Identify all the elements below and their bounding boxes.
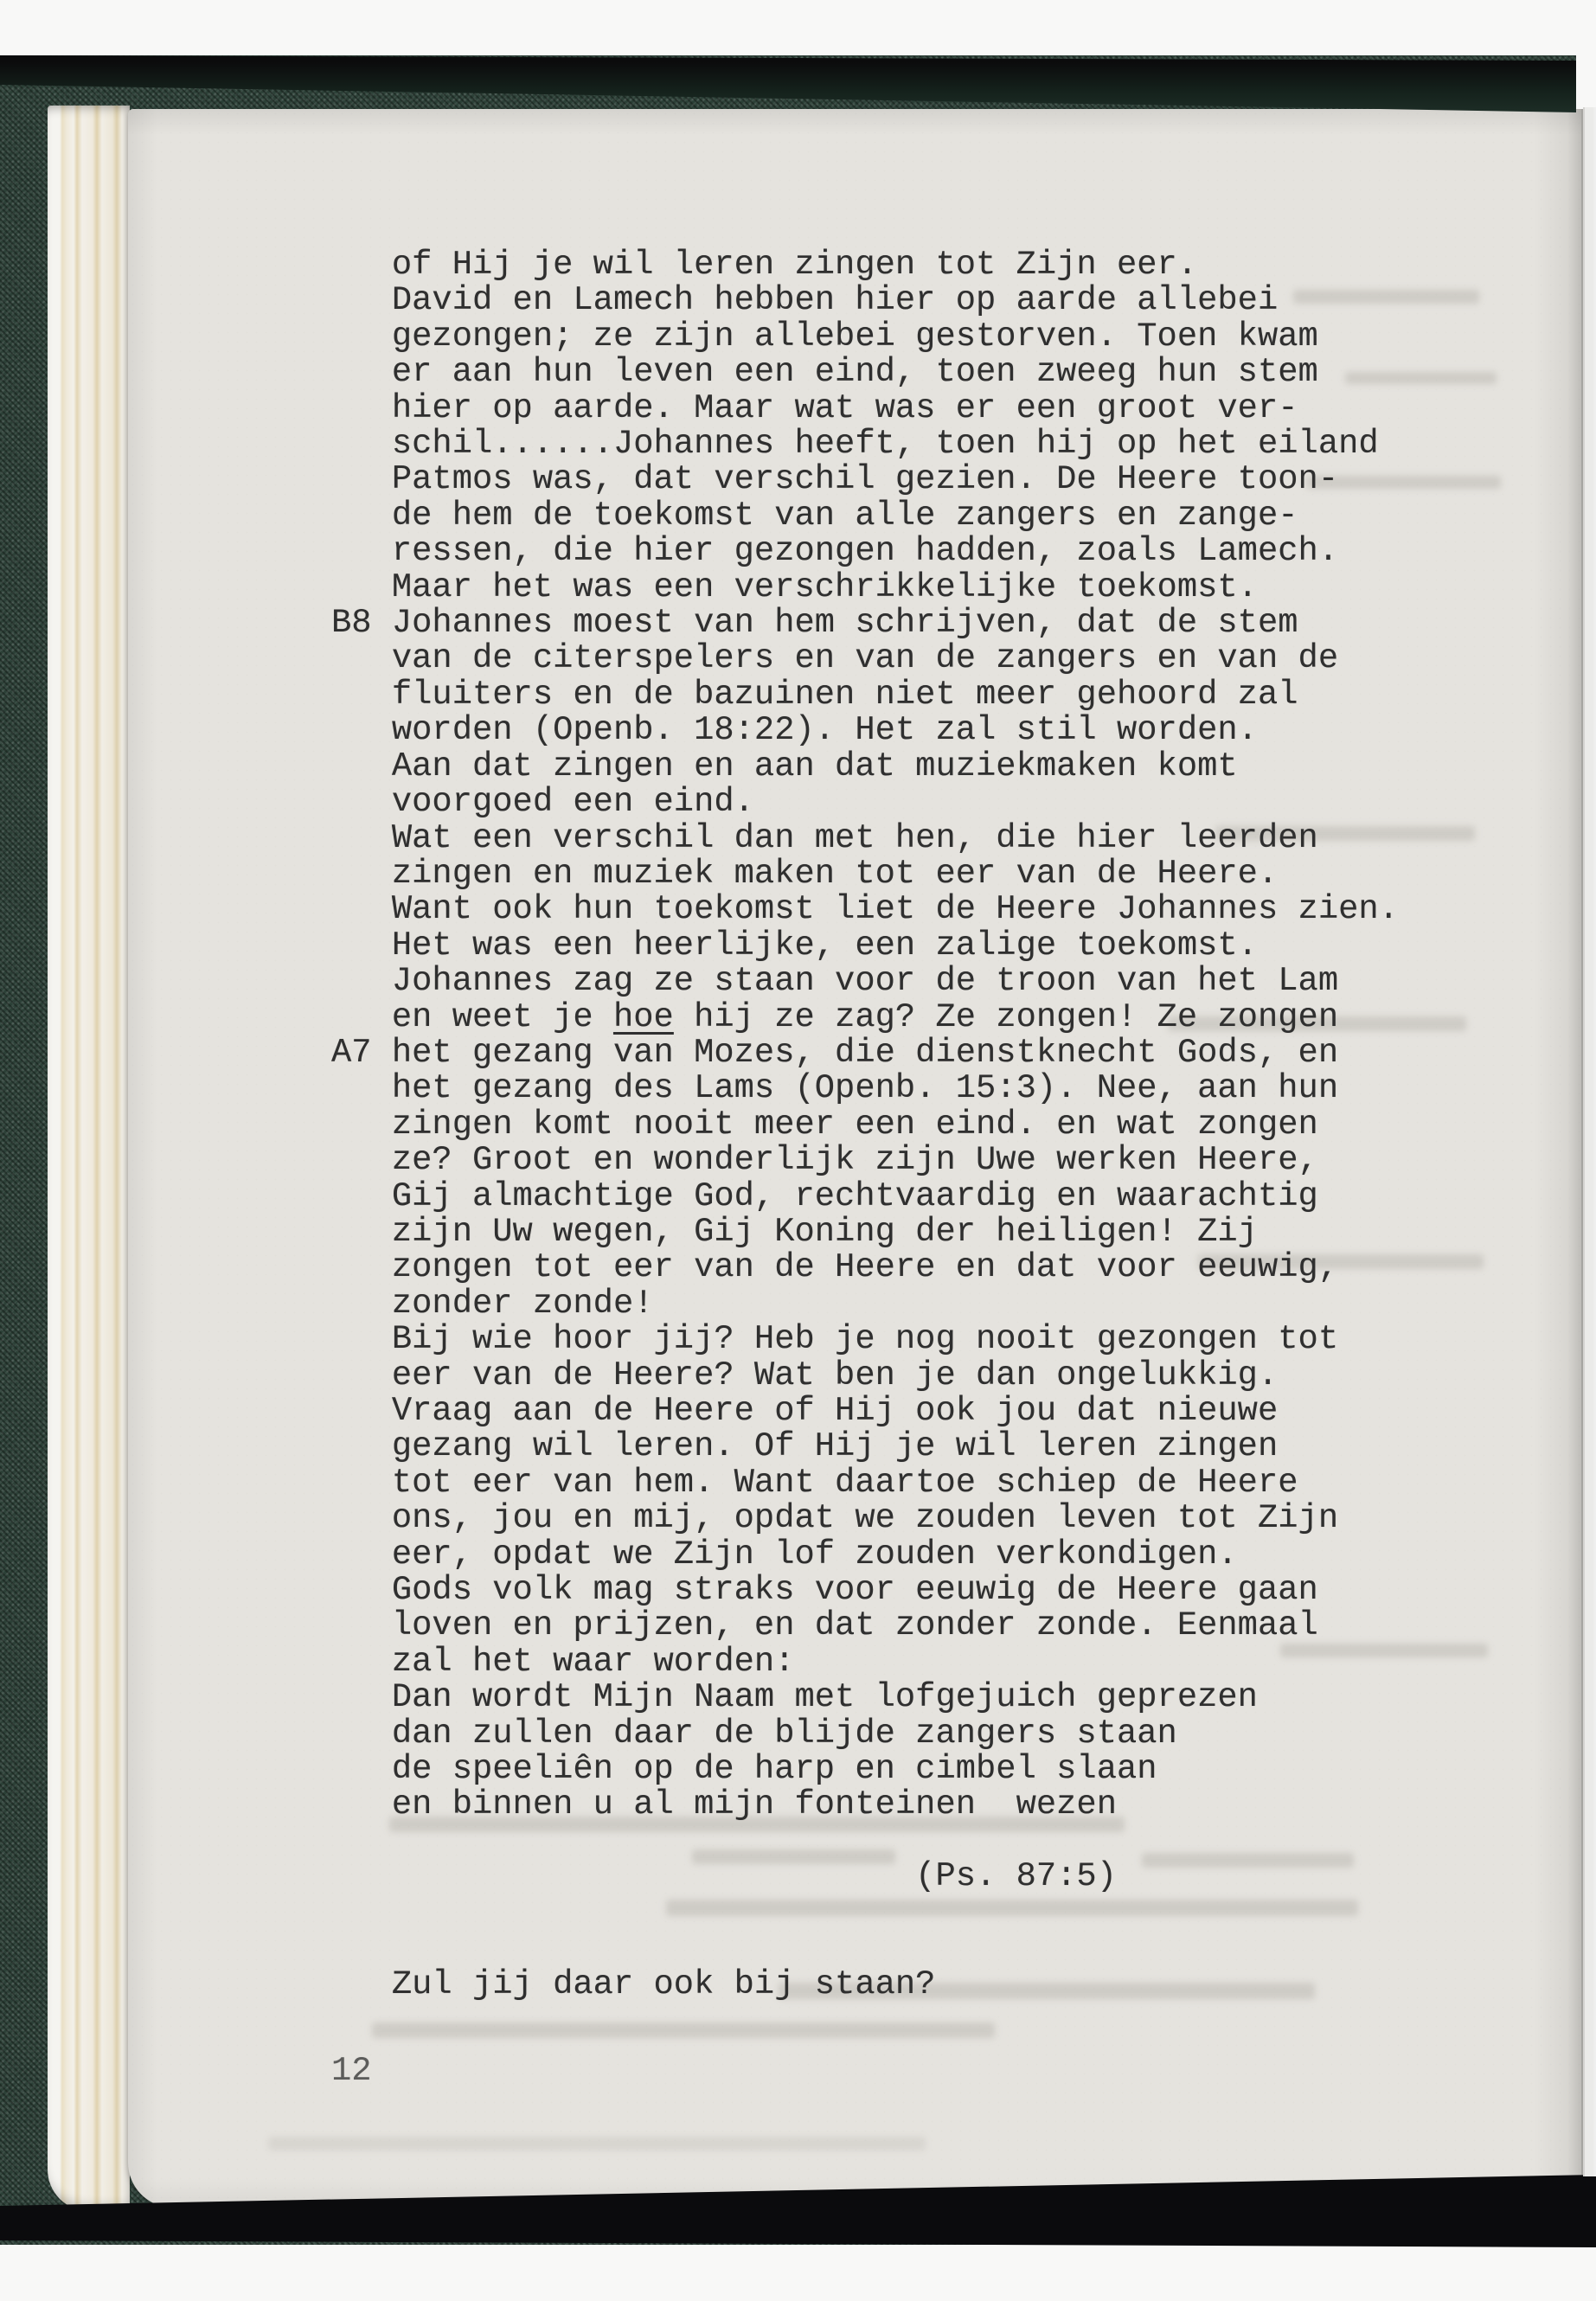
text-line: Patmos was, dat verschil gezien. De Heer… <box>331 462 1542 497</box>
text-line: zijn Uw wegen, Gij Koning der heiligen! … <box>331 1215 1542 1250</box>
text-line: Maar het was een verschrikkelijke toekom… <box>331 570 1542 606</box>
text-line: zonder zonde! <box>331 1286 1542 1322</box>
text-line: Zul jij daar ook bij staan? <box>331 1967 1542 2003</box>
text-line: zongen tot eer van de Heere en dat voor … <box>331 1250 1542 1285</box>
text-line: de speeliên op de harp en cimbel slaan <box>331 1752 1542 1787</box>
text-line <box>331 1931 1542 1966</box>
text-line: gezang wil leren. Of Hij je wil leren zi… <box>331 1429 1542 1465</box>
text-line: (Ps. 87:5) <box>331 1859 1542 1894</box>
text-line: B8 Johannes moest van hem schrijven, dat… <box>331 606 1542 641</box>
text-line: zingen en muziek maken tot eer van de He… <box>331 856 1542 892</box>
text-line: Gij almachtige God, rechtvaardig en waar… <box>331 1179 1542 1215</box>
text-line: ze? Groot en wonderlijk zijn Uwe werken … <box>331 1143 1542 1178</box>
text-line: Dan wordt Mijn Naam met lofgejuich gepre… <box>331 1680 1542 1715</box>
book-scan-photo: of Hij je wil leren zingen tot Zijn eer.… <box>0 0 1596 2301</box>
text-line: de hem de toekomst van alle zangers en z… <box>331 498 1542 534</box>
text-line: A7 het gezang van Mozes, die dienstknech… <box>331 1035 1542 1071</box>
text-line <box>331 1895 1542 1931</box>
text-segment: en weet je <box>331 998 613 1036</box>
text-line: loven en prijzen, en dat zonder zonde. E… <box>331 1608 1542 1644</box>
text-line: Gods volk mag straks voor eeuwig de Heer… <box>331 1573 1542 1608</box>
page-stack-edges <box>48 106 130 2211</box>
typewritten-text: of Hij je wil leren zingen tot Zijn eer.… <box>331 247 1542 2003</box>
text-line: Johannes zag ze staan voor de troon van … <box>331 964 1542 999</box>
text-line: ressen, die hier gezongen hadden, zoals … <box>331 534 1542 569</box>
text-line: Bij wie hoor jij? Heb je nog nooit gezon… <box>331 1322 1542 1357</box>
text-line: eer, opdat we Zijn lof zouden verkondige… <box>331 1537 1542 1573</box>
text-line: schil......Johannes heeft, toen hij op h… <box>331 426 1542 462</box>
text-line: Het was een heerlijke, een zalige toekom… <box>331 928 1542 964</box>
text-line: ons, jou en mij, opdat we zouden leven t… <box>331 1501 1542 1536</box>
text-line: er aan hun leven een eind, toen zweeg hu… <box>331 355 1542 390</box>
text-line: Vraag aan de Heere of Hij ook jou dat ni… <box>331 1394 1542 1429</box>
text-line: en binnen u al mijn fonteinen wezen <box>331 1787 1542 1823</box>
text-line: David en Lamech hebben hier op aarde all… <box>331 283 1542 318</box>
text-line: dan zullen daar de blijde zangers staan <box>331 1716 1542 1752</box>
text-line: Want ook hun toekomst liet de Heere Joha… <box>331 892 1542 927</box>
text-line: zingen komt nooit meer een eind. en wat … <box>331 1107 1542 1143</box>
text-line: van de citerspelers en van de zangers en… <box>331 641 1542 676</box>
text-segment: hij ze zag? Ze zongen! Ze zongen <box>674 998 1338 1036</box>
underlined-word: hoe <box>613 998 674 1036</box>
text-line: worden (Openb. 18:22). Het zal stil word… <box>331 713 1542 748</box>
text-line: eer van de Heere? Wat ben je dan ongeluk… <box>331 1358 1542 1394</box>
text-line: Aan dat zingen en aan dat muziekmaken ko… <box>331 749 1542 785</box>
text-line: hier op aarde. Maar wat was er een groot… <box>331 391 1542 426</box>
text-line: gezongen; ze zijn allebei gestorven. Toe… <box>331 319 1542 355</box>
text-line: tot eer van hem. Want daartoe schiep de … <box>331 1465 1542 1501</box>
text-line: voorgoed een eind. <box>331 785 1542 820</box>
text-line: en weet je hoe hij ze zag? Ze zongen! Ze… <box>331 1000 1542 1035</box>
page-number: 12 <box>331 2054 372 2089</box>
text-line: zal het waar worden: <box>331 1644 1542 1680</box>
text-line: fluiters en de bazuinen niet meer gehoor… <box>331 677 1542 713</box>
text-line: Wat een verschil dan met hen, die hier l… <box>331 821 1542 856</box>
text-line <box>331 1823 1542 1859</box>
scanner-margin-right <box>1583 107 1596 2176</box>
text-line: het gezang des Lams (Openb. 15:3). Nee, … <box>331 1071 1542 1106</box>
text-line: of Hij je wil leren zingen tot Zijn eer. <box>331 247 1542 283</box>
